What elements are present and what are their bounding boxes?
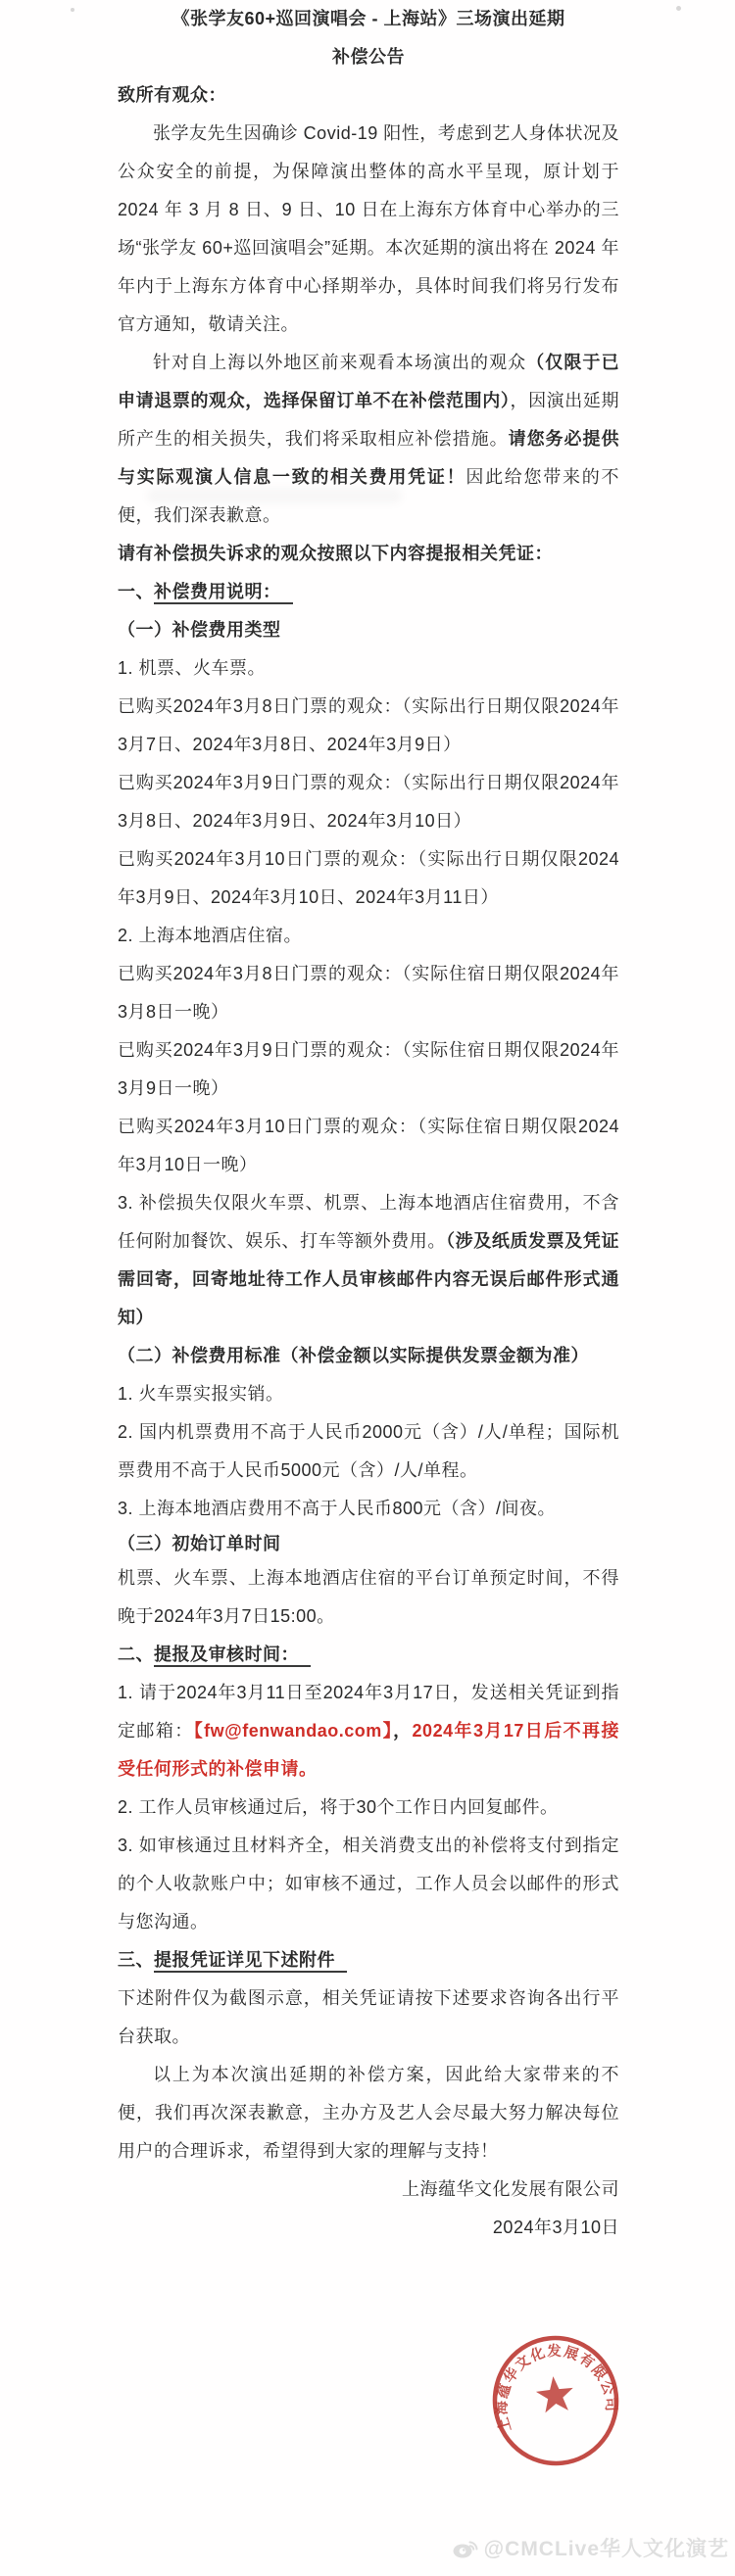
intro-paragraph: 张学友先生因确诊 Covid-19 阳性，考虑到艺人身体状况及公众安全的前提，为… bbox=[118, 115, 619, 344]
section2-number: 二、 bbox=[118, 1645, 154, 1664]
ticket-entry-mar10: 已购买2024年3月10日门票的观众：（实际出行日期仅限2024年3月9日、20… bbox=[118, 840, 619, 917]
section1-sub2-heading: （二）补偿费用标准（补偿金额以实际提供发票金额为准） bbox=[118, 1337, 619, 1375]
scan-speck-artifact bbox=[676, 6, 681, 11]
scan-speck-artifact bbox=[71, 8, 74, 12]
standard-item1: 1. 火车票实报实销。 bbox=[118, 1375, 619, 1413]
submit-item1-comma: ， bbox=[393, 1721, 412, 1741]
salutation: 致所有观众： bbox=[118, 76, 619, 115]
submit-item2: 2. 工作人员审核通过后，将于30个工作日内回复邮件。 bbox=[118, 1789, 619, 1827]
notice-text-1: 针对自上海以外地区前来观看本场演出的观众 bbox=[153, 353, 526, 372]
submit-email-address: 【fw@fenwandao.com】 bbox=[194, 1721, 393, 1741]
order-time-paragraph: 机票、火车票、上海本地酒店住宿的平台订单预定时间，不得晚于2024年3月7日15… bbox=[118, 1559, 619, 1636]
standard-item2: 2. 国内机票费用不高于人民币2000元（含）/人/单程；国际机票费用不高于人民… bbox=[118, 1413, 619, 1490]
hotel-entry-mar10: 已购买2024年3月10日门票的观众：（实际住宿日期仅限2024年3月10日一晚… bbox=[118, 1108, 619, 1184]
closing-paragraph: 以上为本次演出延期的补偿方案，因此给大家带来的不便，我们再次深表歉意，主办方及艺… bbox=[118, 2056, 619, 2171]
document-body: 《张学友60+巡回演唱会 - 上海站》三场演出延期 补偿公告 致所有观众： 张学… bbox=[118, 0, 619, 2247]
fee-type-item2: 2. 上海本地酒店住宿。 bbox=[118, 917, 619, 955]
document-title-line1: 《张学友60+巡回演唱会 - 上海站》三场演出延期 bbox=[118, 0, 619, 38]
seal-star-icon bbox=[534, 2374, 575, 2413]
fee-type-item3: 3. 补偿损失仅限火车票、机票、上海本地酒店住宿费用，不含任何附加餐饮、娱乐、打… bbox=[118, 1184, 619, 1337]
ticket-entry-mar9: 已购买2024年3月9日门票的观众：（实际出行日期仅限2024年3月8日、202… bbox=[118, 764, 619, 840]
ticket-entry-mar8: 已购买2024年3月8日门票的观众：（实际出行日期仅限2024年3月7日、202… bbox=[118, 688, 619, 764]
section2-heading: 二、提报及审核时间： bbox=[118, 1636, 619, 1674]
fee-type-item1: 1. 机票、火车票。 bbox=[118, 649, 619, 688]
signature-company: 上海蕴华文化发展有限公司 bbox=[118, 2171, 619, 2209]
weibo-logo-icon bbox=[452, 2536, 479, 2559]
submit-item1: 1. 请于2024年3月11日至2024年3月17日，发送相关凭证到指定邮箱：【… bbox=[118, 1674, 619, 1789]
section1-number: 一、 bbox=[118, 582, 154, 601]
section1-heading: 一、补偿费用说明： bbox=[118, 573, 619, 611]
section3-heading: 三、提报凭证详见下述附件 bbox=[118, 1941, 619, 1980]
scanned-announcement-page: 《张学友60+巡回演唱会 - 上海站》三场演出延期 补偿公告 致所有观众： 张学… bbox=[0, 0, 735, 2576]
hotel-entry-mar8: 已购买2024年3月8日门票的观众：（实际住宿日期仅限2024年3月8日一晚） bbox=[118, 955, 619, 1031]
document-title-line2: 补偿公告 bbox=[118, 38, 619, 76]
section1-sub3-heading: （三）初始订单时间 bbox=[118, 1528, 619, 1559]
company-seal-stamp: 上海蕴华文化发展有限公司 bbox=[480, 2324, 631, 2477]
section1-sub1-heading: （一）补偿费用类型 bbox=[118, 611, 619, 649]
section1-title: 补偿费用说明： bbox=[154, 582, 293, 604]
notice-paragraph: 针对自上海以外地区前来观看本场演出的观众（仅限于已申请退票的观众，选择保留订单不… bbox=[118, 344, 619, 535]
lead-line: 请有补偿损失诉求的观众按照以下内容提报相关凭证： bbox=[118, 535, 619, 573]
section2-title: 提报及审核时间： bbox=[154, 1645, 311, 1667]
section3-number: 三、 bbox=[118, 1950, 154, 1970]
standard-item3: 3. 上海本地酒店费用不高于人民币800元（含）/间夜。 bbox=[118, 1490, 619, 1528]
watermark-handle: @CMCLive华人文化演艺 bbox=[484, 2533, 729, 2562]
hotel-entry-mar9: 已购买2024年3月9日门票的观众：（实际住宿日期仅限2024年3月9日一晚） bbox=[118, 1031, 619, 1108]
weibo-watermark: @CMCLive华人文化演艺 bbox=[452, 2533, 729, 2562]
section3-title: 提报凭证详见下述附件 bbox=[154, 1950, 347, 1973]
attachment-note: 下述附件仅为截图示意，相关凭证请按下述要求咨询各出行平台获取。 bbox=[118, 1980, 619, 2056]
signature-date: 2024年3月10日 bbox=[118, 2209, 619, 2247]
submit-item3: 3. 如审核通过且材料齐全，相关消费支出的补偿将支付到指定的个人收款账户中；如审… bbox=[118, 1827, 619, 1941]
